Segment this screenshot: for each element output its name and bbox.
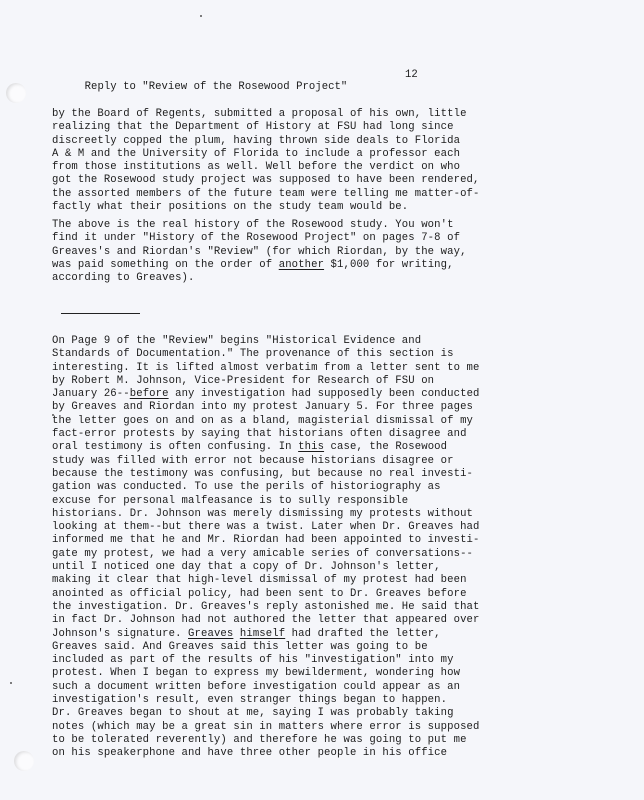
text-line: protest. When I began to express my bewi… <box>52 667 480 680</box>
text-line: was paid something on the order of anoth… <box>52 259 467 272</box>
text-run: find it under "History of the Rosewood P… <box>52 232 460 244</box>
text-line: The above is the real history of the Ros… <box>52 219 467 232</box>
underlined-emphasis: before <box>130 388 169 400</box>
scan-speck <box>200 15 202 17</box>
text-line: Johnson's signature. Greaves himself had… <box>52 628 480 641</box>
text-line: On Page 9 of the "Review" begins "Histor… <box>52 335 480 348</box>
text-run: January 26-- <box>52 388 130 400</box>
text-run: until I noticed one day that a copy of D… <box>52 561 441 573</box>
text-line: such a document written before investiga… <box>52 681 480 694</box>
text-run: looking at them--but there was a twist. … <box>52 521 480 533</box>
underlined-emphasis: himself <box>240 628 285 640</box>
text-run: oral testimony is often confusing. In <box>52 441 298 453</box>
text-run: fact-error protests by saying that histo… <box>52 428 467 440</box>
text-run: factly what their positions on the study… <box>52 201 408 213</box>
paragraph-board-of-regents: by the Board of Regents, submitted a pro… <box>52 108 480 214</box>
text-run: gate my protest, we had a very amicable … <box>52 548 473 560</box>
text-line: historians. Dr. Johnson was merely dismi… <box>52 508 480 521</box>
text-line: study was filled with error not because … <box>52 455 480 468</box>
text-line: Standards of Documentation." The provena… <box>52 348 480 361</box>
text-line: January 26--before any investigation had… <box>52 388 480 401</box>
text-run: excuse for personal malfeasance is to su… <box>52 495 408 507</box>
text-line: excuse for personal malfeasance is to su… <box>52 495 480 508</box>
text-line: by Greaves and Riordan into my protest J… <box>52 401 480 414</box>
text-line: fact-error protests by saying that histo… <box>52 428 480 441</box>
text-run: Dr. Greaves began to shout at me, saying… <box>52 707 454 719</box>
text-run: making it clear that high-level dismissa… <box>52 574 467 586</box>
text-run: by Greaves and Riordan into my protest J… <box>52 401 473 413</box>
text-run: by Robert M. Johnson, Vice-President for… <box>52 375 434 387</box>
text-run: Greaves's and Riordan's "Review" (for wh… <box>52 246 467 258</box>
text-run: gation was conducted. To use the perils … <box>52 481 441 493</box>
text-line: the assorted members of the future team … <box>52 188 480 201</box>
underlined-emphasis: another <box>279 259 324 271</box>
text-run: protest. When I began to express my bewi… <box>52 667 460 679</box>
text-line: according to Greaves). <box>52 272 467 285</box>
text-line: the investigation. Dr. Greaves's reply a… <box>52 601 480 614</box>
text-run: interesting. It is lifted almost verbati… <box>52 362 480 374</box>
text-run: from those institutions as well. Well be… <box>52 161 460 173</box>
text-line: Greaves said. And Greaves said this lett… <box>52 641 480 654</box>
text-line: factly what their positions on the study… <box>52 201 480 214</box>
text-line: gate my protest, we had a very amicable … <box>52 548 480 561</box>
text-line: included as part of the results of his "… <box>52 654 480 667</box>
text-line: Dr. Greaves began to shout at me, saying… <box>52 707 480 720</box>
text-line: gation was conducted. To use the perils … <box>52 481 480 494</box>
text-line: interesting. It is lifted almost verbati… <box>52 362 480 375</box>
text-run: study was filled with error not because … <box>52 455 454 467</box>
scan-speck <box>10 682 12 684</box>
text-line: by Robert M. Johnson, Vice-President for… <box>52 375 480 388</box>
text-run: discreetly copped the plum, having throw… <box>52 135 460 147</box>
text-run: informed me that he and Mr. Riordan had … <box>52 534 480 546</box>
text-line: find it under "History of the Rosewood P… <box>52 232 467 245</box>
text-line: notes (which may be a great sin in matte… <box>52 721 480 734</box>
page-number: 12 <box>405 69 418 81</box>
text-line: discreetly copped the plum, having throw… <box>52 135 480 148</box>
text-line: on his speakerphone and have three other… <box>52 747 480 760</box>
paragraph-historical-evidence: On Page 9 of the "Review" begins "Histor… <box>52 335 480 761</box>
text-run: such a document written before investiga… <box>52 681 460 693</box>
text-run: was paid something on the order of <box>52 259 279 271</box>
header-title: Reply to "Review of the Rosewood Project… <box>85 81 348 93</box>
text-run: to be tolerated reverently) and therefor… <box>52 734 467 746</box>
text-run: A & M and the University of Florida to i… <box>52 148 460 160</box>
text-run: case, the Rosewood <box>324 441 447 453</box>
text-run: because the testimony was confusing, but… <box>52 468 473 480</box>
text-run: realizing that the Department of History… <box>52 121 454 133</box>
punch-hole-bottom <box>14 751 34 771</box>
text-run: the investigation. Dr. Greaves's reply a… <box>52 601 480 613</box>
text-line: until I noticed one day that a copy of D… <box>52 561 480 574</box>
underlined-emphasis: this <box>298 441 324 453</box>
text-line: in fact Dr. Johnson had not authored the… <box>52 614 480 627</box>
text-run: the letter goes on and on as a bland, ma… <box>52 415 473 427</box>
text-run: The above is the real history of the Ros… <box>52 219 454 231</box>
text-run: Johnson's signature. <box>52 628 188 640</box>
text-run: the assorted members of the future team … <box>52 188 480 200</box>
section-separator-rule <box>61 313 140 314</box>
text-line: investigation's result, even stranger th… <box>52 694 480 707</box>
text-run: $1,000 for writing, <box>324 259 454 271</box>
text-line: anointed as official policy, had been se… <box>52 588 480 601</box>
text-line: looking at them--but there was a twist. … <box>52 521 480 534</box>
text-line: Greaves's and Riordan's "Review" (for wh… <box>52 246 467 259</box>
text-run: included as part of the results of his "… <box>52 654 454 666</box>
text-run: on his speakerphone and have three other… <box>52 747 447 759</box>
document-page: Reply to "Review of the Rosewood Project… <box>0 0 644 800</box>
text-run: notes (which may be a great sin in matte… <box>52 721 480 733</box>
text-line: A & M and the University of Florida to i… <box>52 148 480 161</box>
paragraph-real-history: The above is the real history of the Ros… <box>52 219 467 285</box>
text-line: informed me that he and Mr. Riordan had … <box>52 534 480 547</box>
text-run: Greaves said. And Greaves said this lett… <box>52 641 428 653</box>
text-run: historians. Dr. Johnson was merely dismi… <box>52 508 473 520</box>
text-line: the letter goes on and on as a bland, ma… <box>52 415 480 428</box>
text-run: by the Board of Regents, submitted a pro… <box>52 108 467 120</box>
text-run: got the Rosewood study project was suppo… <box>52 174 480 186</box>
text-run: had drafted the letter, <box>285 628 440 640</box>
text-run: any investigation had supposedly been co… <box>169 388 480 400</box>
text-line: by the Board of Regents, submitted a pro… <box>52 108 480 121</box>
text-run: On Page 9 of the "Review" begins "Histor… <box>52 335 421 347</box>
text-line: from those institutions as well. Well be… <box>52 161 480 174</box>
text-run: in fact Dr. Johnson had not authored the… <box>52 614 480 626</box>
text-line: because the testimony was confusing, but… <box>52 468 480 481</box>
text-line: realizing that the Department of History… <box>52 121 480 134</box>
text-line: to be tolerated reverently) and therefor… <box>52 734 480 747</box>
text-line: oral testimony is often confusing. In th… <box>52 441 480 454</box>
text-run: Standards of Documentation." The provena… <box>52 348 454 360</box>
text-run: according to Greaves). <box>52 272 195 284</box>
punch-hole-top <box>6 83 26 103</box>
text-run: investigation's result, even stranger th… <box>52 694 447 706</box>
text-line: got the Rosewood study project was suppo… <box>52 174 480 187</box>
text-run: anointed as official policy, had been se… <box>52 588 467 600</box>
text-line: making it clear that high-level dismissa… <box>52 574 480 587</box>
underlined-emphasis: Greaves <box>188 628 233 640</box>
